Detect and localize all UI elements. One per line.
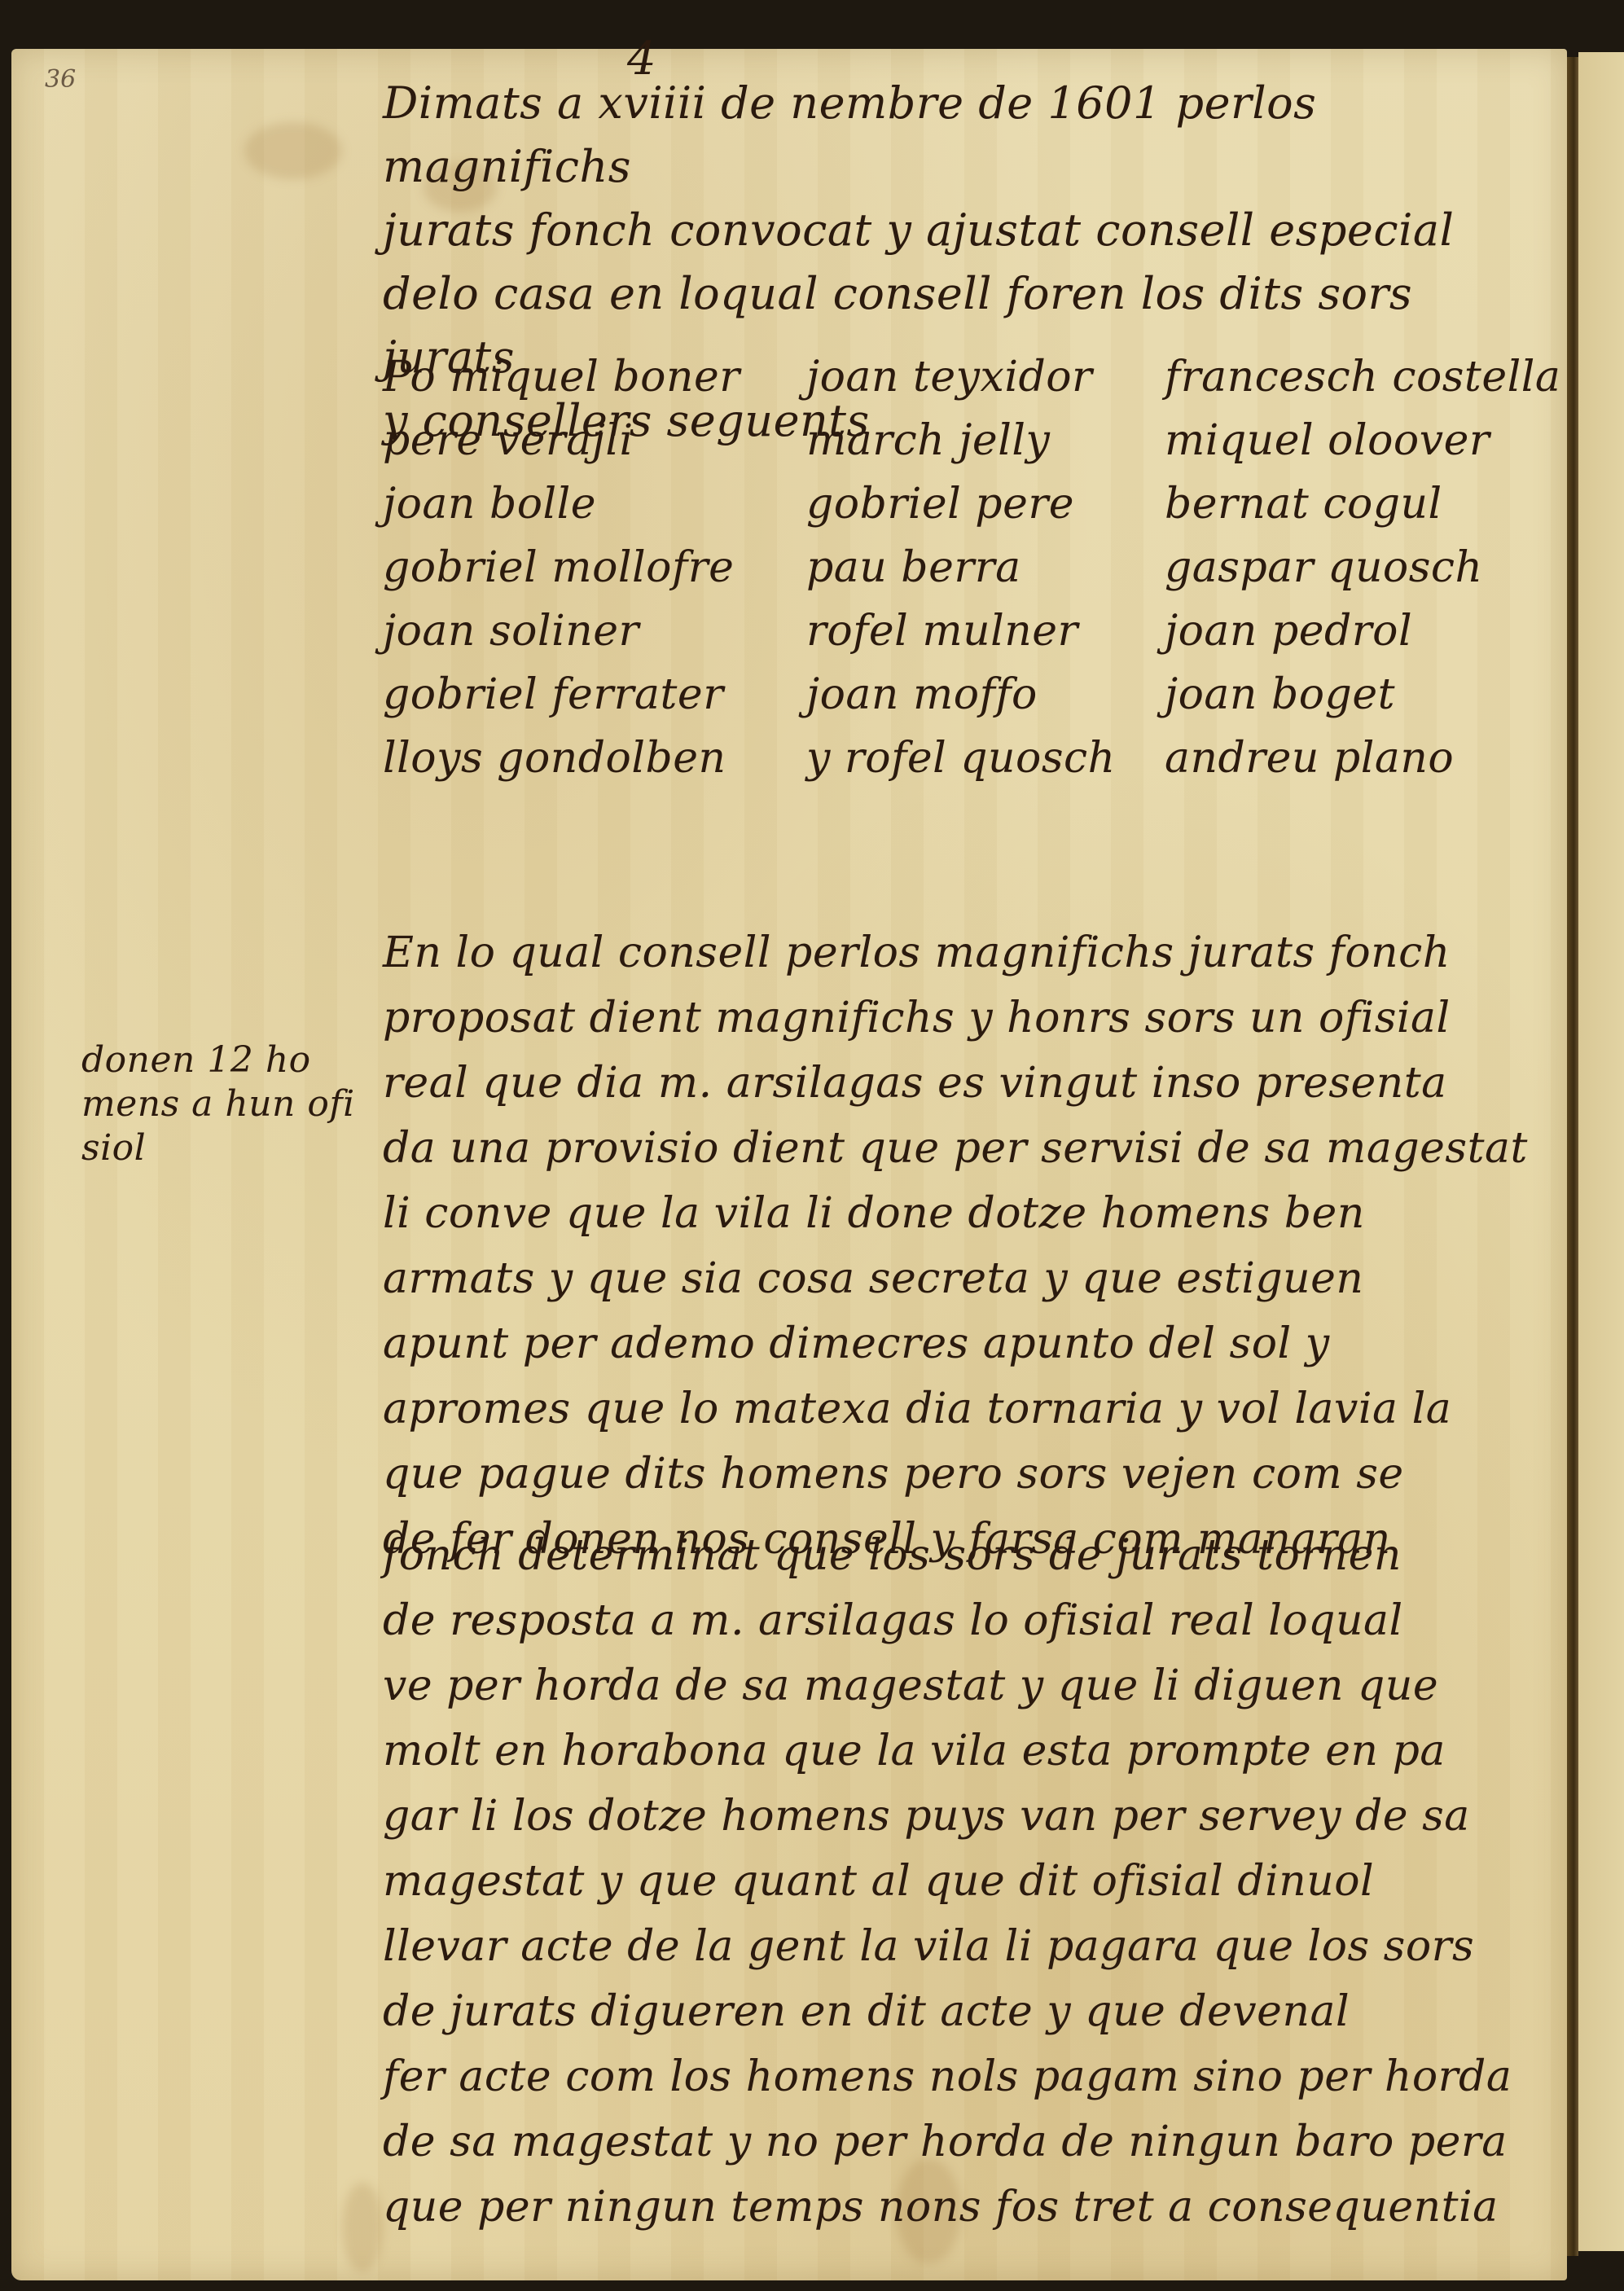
- attendee-name: gobriel pere: [806, 477, 1165, 531]
- margin-note: donen 12 ho mens a hun ofi siol: [81, 1038, 358, 1170]
- paper-stain: [342, 2183, 383, 2272]
- text-line: En lo qual consell perlos magnifichs jur…: [383, 920, 1564, 985]
- text-line: molt en horabona que la vila esta prompt…: [383, 1718, 1564, 1784]
- attendee-name: gobriel ferrater: [383, 668, 806, 722]
- text-line: da una provisio dient que per servisi de…: [383, 1116, 1564, 1181]
- paragraph-determination: fonch determinat que los sors de jurats …: [383, 1523, 1564, 2240]
- margin-note-line: siol: [81, 1126, 358, 1170]
- text-line: proposat dient magnifichs y honrs sors u…: [383, 985, 1564, 1051]
- text-line: ve per horda de sa magestat y que li dig…: [383, 1653, 1564, 1718]
- attendee-name: Po miquel boner: [383, 350, 806, 404]
- folio-number: 36: [45, 65, 76, 94]
- attendee-name: joan boget: [1165, 668, 1547, 722]
- attendee-name: miquel oloover: [1165, 414, 1547, 467]
- paper-stain: [244, 122, 342, 179]
- attendee-name: joan soliner: [383, 604, 806, 658]
- attendee-name: march jelly: [806, 414, 1165, 467]
- text-line: apromes que lo matexa dia tornaria y vol…: [383, 1376, 1564, 1442]
- attendee-name: bernat cogul: [1165, 477, 1547, 531]
- attendee-name: joan moffo: [806, 668, 1165, 722]
- paragraph-proposal: En lo qual consell perlos magnifichs jur…: [383, 920, 1564, 1572]
- attendee-name: y rofel quosch: [806, 731, 1165, 785]
- text-line: de sa magestat y no per horda de ningun …: [383, 2109, 1564, 2175]
- attendee-name: joan bolle: [383, 477, 806, 531]
- attendee-name: andreu plano: [1165, 731, 1547, 785]
- attendee-name: pere verajli: [383, 414, 806, 467]
- attendee-name: pau berra: [806, 541, 1165, 595]
- heading-line: Dimats a xviiii de nembre de 1601 perlos…: [383, 72, 1556, 199]
- attendee-name: gaspar quosch: [1165, 541, 1547, 595]
- heading-line: jurats fonch convocat y ajustat consell …: [383, 199, 1556, 262]
- margin-note-line: mens a hun ofi: [81, 1082, 358, 1126]
- text-line: fonch determinat que los sors de jurats …: [383, 1523, 1564, 1588]
- text-line: que per ningun temps nons fos tret a con…: [383, 2175, 1564, 2240]
- text-line: real que dia m. arsilagas es vingut inso…: [383, 1051, 1564, 1116]
- text-line: de resposta a m. arsilagas lo ofisial re…: [383, 1588, 1564, 1653]
- text-line: llevar acte de la gent la vila li pagara…: [383, 1914, 1564, 1979]
- text-line: li conve que la vila li done dotze homen…: [383, 1181, 1564, 1246]
- text-line: armats y que sia cosa secreta y que esti…: [383, 1246, 1564, 1311]
- adjacent-page-edge: [1578, 52, 1624, 2251]
- text-line: fer acte com los homens nols pagam sino …: [383, 2044, 1564, 2109]
- attendee-name: gobriel mollofre: [383, 541, 806, 595]
- attendee-name: rofel mulner: [806, 604, 1165, 658]
- attendee-name: joan teyxidor: [806, 350, 1165, 404]
- text-line: de jurats digueren en dit acte y que dev…: [383, 1979, 1564, 2044]
- attendee-name: francesch costella: [1165, 350, 1547, 404]
- text-line: apunt per ademo dimecres apunto del sol …: [383, 1311, 1564, 1376]
- text-line: que pague dits homens pero sors vejen co…: [383, 1442, 1564, 1507]
- attendee-name: lloys gondolben: [383, 731, 806, 785]
- book-gutter: [1567, 57, 1578, 2256]
- attendee-name: joan pedrol: [1165, 604, 1547, 658]
- text-line: gar li los dotze homens puys van per ser…: [383, 1784, 1564, 1849]
- margin-note-line: donen 12 ho: [81, 1038, 358, 1082]
- attendee-list: Po miquel boner joan teyxidor francesch …: [383, 350, 1564, 785]
- text-line: magestat y que quant al que dit ofisial …: [383, 1849, 1564, 1914]
